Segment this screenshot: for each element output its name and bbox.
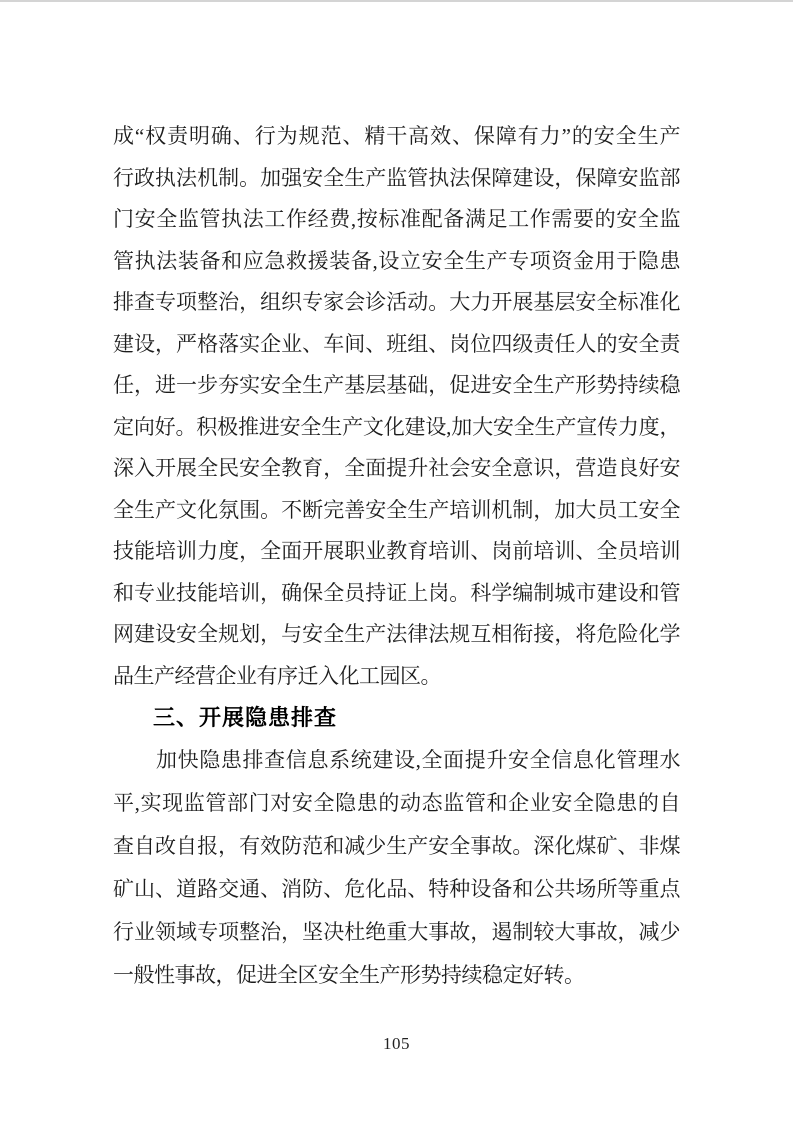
body-line: 深入开展全民安全教育，全面提升社会安全意识，营造良好安 xyxy=(113,448,680,490)
body-line: 任，进一步夯实安全生产基层基础，促进安全生产形势持续稳 xyxy=(113,365,680,407)
page-number: 105 xyxy=(0,1032,793,1056)
body-line: 网建设安全规划，与安全生产法律法规互相衔接，将危险化学 xyxy=(113,614,680,656)
body-line: 排查专项整治，组织专家会诊活动。大力开展基层安全标准化 xyxy=(113,282,680,324)
document-page: 成“权责明确、行为规范、精干高效、保障有力”的安全生产 行政执法机制。加强安全生… xyxy=(0,0,793,1122)
body-line: 查自改自报，有效防范和减少生产安全事故。深化煤矿、非煤 xyxy=(113,825,680,868)
body-line: 管执法装备和应急救援装备,设立安全生产专项资金用于隐患 xyxy=(113,241,680,283)
page-body-text: 成“权责明确、行为规范、精干高效、保障有力”的安全生产 行政执法机制。加强安全生… xyxy=(113,116,680,997)
body-line: 加快隐患排查信息系统建设,全面提升安全信息化管理水 xyxy=(113,739,680,782)
body-line: 建设，严格落实企业、车间、班组、岗位四级责任人的安全责 xyxy=(113,324,680,366)
body-line: 品生产经营企业有序迁入化工园区。 xyxy=(113,656,680,698)
body-line: 门安全监管执法工作经费,按标准配备满足工作需要的安全监 xyxy=(113,199,680,241)
body-line: 平,实现监管部门对安全隐患的动态监管和企业安全隐患的自 xyxy=(113,782,680,825)
body-line: 行业领域专项整治，坚决杜绝重大事故，遏制较大事故，减少 xyxy=(113,911,680,954)
body-line: 行政执法机制。加强安全生产监管执法保障建设，保障安监部 xyxy=(113,158,680,200)
body-line: 定向好。积极推进安全生产文化建设,加大安全生产宣传力度， xyxy=(113,407,680,449)
body-line: 全生产文化氛围。不断完善安全生产培训机制，加大员工安全 xyxy=(113,490,680,532)
body-line: 成“权责明确、行为规范、精干高效、保障有力”的安全生产 xyxy=(113,116,680,158)
section-heading: 三、开展隐患排查 xyxy=(113,697,680,739)
body-line: 技能培训力度，全面开展职业教育培训、岗前培训、全员培训 xyxy=(113,531,680,573)
body-line: 一般性事故，促进全区安全生产形势持续稳定好转。 xyxy=(113,954,680,997)
body-line: 和专业技能培训，确保全员持证上岗。科学编制城市建设和管 xyxy=(113,573,680,615)
body-line: 矿山、道路交通、消防、危化品、特种设备和公共场所等重点 xyxy=(113,868,680,911)
